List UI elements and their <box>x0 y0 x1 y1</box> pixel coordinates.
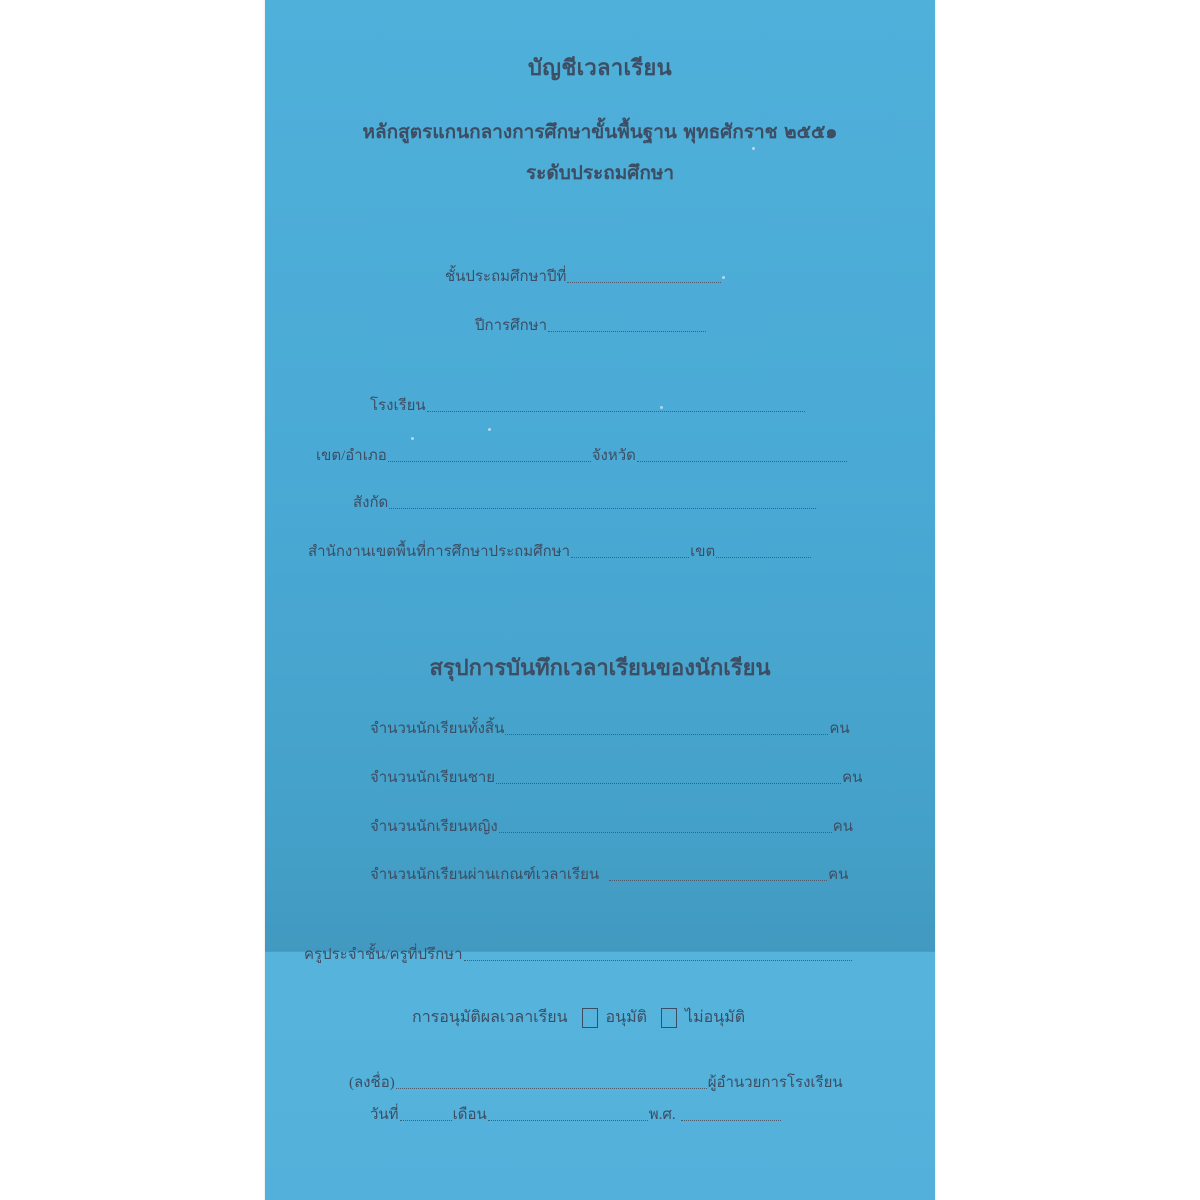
area-office-field[interactable]: สำนักงานเขตพื้นที่การศึกษาประถมศึกษา เขต <box>308 539 812 563</box>
academic-year-label: ปีการศึกษา <box>475 313 547 337</box>
affiliation-field[interactable]: สังกัด <box>353 490 817 514</box>
summary-row-female[interactable]: จำนวนนักเรียนหญิง คน <box>370 814 853 838</box>
school-field[interactable]: โรงเรียน <box>370 393 806 417</box>
paper-speck <box>488 428 491 431</box>
summary-row-input-line[interactable] <box>609 879 827 881</box>
signature-field[interactable]: (ลงชื่อ) ผู้อำนวยการโรงเรียน <box>349 1070 843 1094</box>
approve-option-label: อนุมัติ <box>606 1005 647 1030</box>
area-zone-label: เขต <box>690 539 715 563</box>
affiliation-label: สังกัด <box>353 490 388 514</box>
area-office-label: สำนักงานเขตพื้นที่การศึกษาประถมศึกษา <box>308 539 570 563</box>
approval-label: การอนุมัติผลเวลาเรียน <box>412 1005 568 1030</box>
school-label: โรงเรียน <box>370 393 426 417</box>
affiliation-input-line[interactable] <box>389 507 816 509</box>
year-input-line[interactable] <box>681 1119 781 1121</box>
grade-label: ชั้นประถมศึกษาปีที่ <box>445 264 566 288</box>
signature-role: ผู้อำนวยการโรงเรียน <box>708 1070 843 1094</box>
summary-row-unit: คน <box>828 862 848 886</box>
summary-row-unit: คน <box>833 814 853 838</box>
paper-speck <box>752 147 755 150</box>
summary-row-unit: คน <box>829 716 849 740</box>
document-level: ระดับประถมศึกษา <box>0 158 1200 188</box>
signature-input-line[interactable] <box>396 1087 707 1089</box>
year-label: พ.ศ. <box>649 1102 676 1126</box>
summary-title: สรุปการบันทึกเวลาเรียนของนักเรียน <box>0 650 1200 685</box>
district-label: เขต/อำเภอ <box>316 443 387 467</box>
summary-row-input-line[interactable] <box>496 782 841 784</box>
summary-row-male[interactable]: จำนวนนักเรียนชาย คน <box>370 765 862 789</box>
summary-row-label: จำนวนนักเรียนทั้งสิ้น <box>370 716 504 740</box>
approve-checkbox[interactable] <box>582 1008 598 1028</box>
document-title: บัญชีเวลาเรียน <box>0 50 1200 85</box>
signature-label: (ลงชื่อ) <box>349 1070 395 1094</box>
summary-row-label: จำนวนนักเรียนผ่านเกณฑ์เวลาเรียน <box>370 862 599 886</box>
province-label: จังหวัด <box>592 443 636 467</box>
summary-row-unit: คน <box>842 765 862 789</box>
date-field[interactable]: วันที่ เดือน พ.ศ. <box>370 1102 782 1126</box>
school-input-line[interactable] <box>427 410 805 412</box>
teacher-input-line[interactable] <box>464 959 852 961</box>
summary-row-label: จำนวนนักเรียนชาย <box>370 765 495 789</box>
summary-row-label: จำนวนนักเรียนหญิง <box>370 814 498 838</box>
approval-row: การอนุมัติผลเวลาเรียน อนุมัติ ไม่อนุมัติ <box>412 1005 745 1030</box>
academic-year-field[interactable]: ปีการศึกษา <box>475 313 707 337</box>
summary-row-total[interactable]: จำนวนนักเรียนทั้งสิ้น คน <box>370 716 850 740</box>
district-input-line[interactable] <box>388 460 591 462</box>
district-province-field[interactable]: เขต/อำเภอ จังหวัด <box>316 443 848 467</box>
paper-speck <box>722 276 725 279</box>
summary-row-passed[interactable]: จำนวนนักเรียนผ่านเกณฑ์เวลาเรียน คน <box>370 862 848 886</box>
paper-speck <box>411 437 414 440</box>
summary-row-input-line[interactable] <box>505 733 828 735</box>
document-subtitle: หลักสูตรแกนกลางการศึกษาขั้นพื้นฐาน พุทธศ… <box>0 117 1200 147</box>
reject-checkbox[interactable] <box>661 1008 677 1028</box>
teacher-field[interactable]: ครูประจำชั้น/ครูที่ปรึกษา <box>304 942 853 966</box>
area-office-input-line[interactable] <box>571 556 689 558</box>
grade-field[interactable]: ชั้นประถมศึกษาปีที่ <box>445 264 722 288</box>
reject-option-label: ไม่อนุมัติ <box>685 1005 745 1030</box>
summary-row-input-line[interactable] <box>499 831 832 833</box>
province-input-line[interactable] <box>637 460 847 462</box>
day-input-line[interactable] <box>400 1119 452 1121</box>
day-label: วันที่ <box>370 1102 399 1126</box>
teacher-label: ครูประจำชั้น/ครูที่ปรึกษา <box>304 942 463 966</box>
month-label: เดือน <box>453 1102 487 1126</box>
area-zone-input-line[interactable] <box>716 556 811 558</box>
academic-year-input-line[interactable] <box>548 330 706 332</box>
grade-input-line[interactable] <box>567 281 721 283</box>
month-input-line[interactable] <box>488 1119 648 1121</box>
